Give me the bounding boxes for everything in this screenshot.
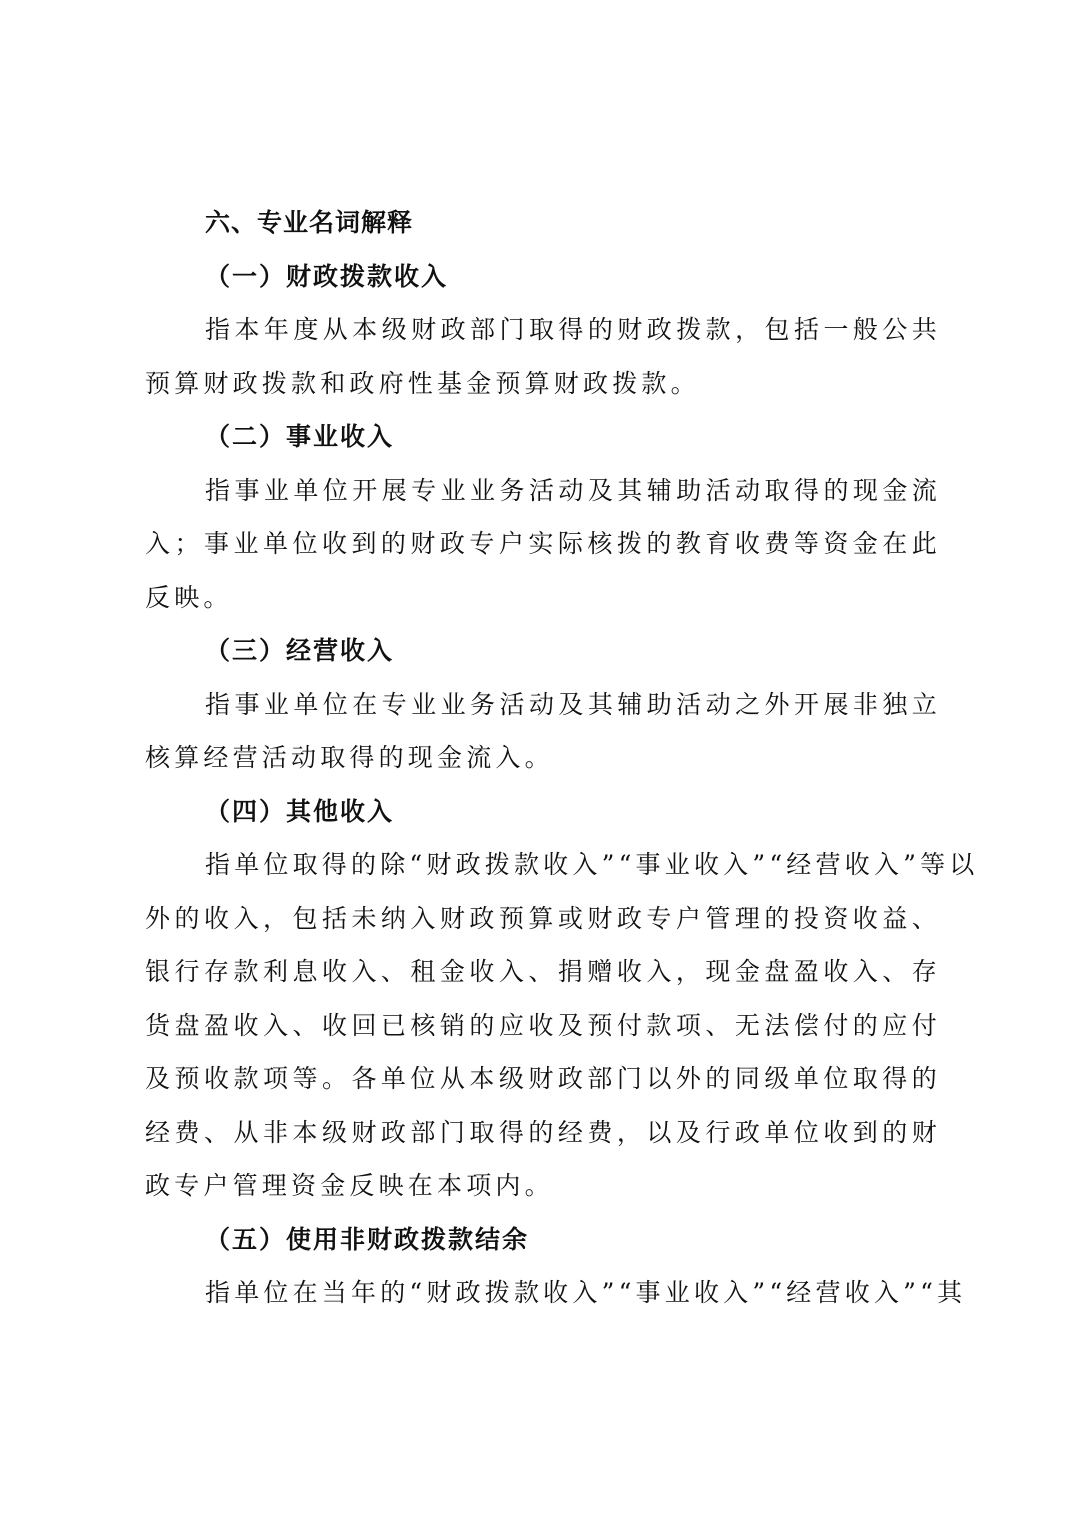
paragraph-line: 入；事业单位收到的财政专户实际核拨的教育收费等资金在此 bbox=[145, 517, 941, 571]
paragraph-line: 货盘盈收入、收回已核销的应收及预付款项、无法偿付的应付 bbox=[145, 999, 941, 1053]
paragraph-line: 银行存款利息收入、租金收入、捐赠收入，现金盘盈收入、存 bbox=[145, 945, 941, 999]
paragraph-line: 反映。 bbox=[145, 571, 941, 625]
paragraph-line: 及预收款项等。各单位从本级财政部门以外的同级单位取得的 bbox=[145, 1052, 941, 1106]
paragraph-line: 指本年度从本级财政部门取得的财政拨款，包括一般公共 bbox=[145, 303, 941, 357]
paragraph-line: 核算经营活动取得的现金流入。 bbox=[145, 731, 941, 785]
subheading-other-income: （四）其他收入 bbox=[145, 785, 941, 839]
subheading-operating-income: （三）经营收入 bbox=[145, 624, 941, 678]
paragraph-line: 经费、从非本级财政部门取得的经费，以及行政单位收到的财 bbox=[145, 1106, 941, 1160]
paragraph-line: 指事业单位开展专业业务活动及其辅助活动取得的现金流 bbox=[145, 464, 941, 518]
subheading-fiscal-appropriation-income: （一）财政拨款收入 bbox=[145, 250, 941, 304]
paragraph-line: 预算财政拨款和政府性基金预算财政拨款。 bbox=[145, 357, 941, 411]
paragraph-line: 外的收入，包括未纳入财政预算或财政专户管理的投资收益、 bbox=[145, 892, 941, 946]
subheading-non-fiscal-balance-usage: （五）使用非财政拨款结余 bbox=[145, 1213, 941, 1267]
paragraph-line: 指单位取得的除“财政拨款收入”“事业收入”“经营收入”等以 bbox=[145, 838, 941, 892]
paragraph-line: 指单位在当年的“财政拨款收入”“事业收入”“经营收入”“其 bbox=[145, 1266, 941, 1320]
document-page: 六、专业名词解释 （一）财政拨款收入 指本年度从本级财政部门取得的财政拨款，包括… bbox=[145, 196, 941, 1320]
paragraph-line: 指事业单位在专业业务活动及其辅助活动之外开展非独立 bbox=[145, 678, 941, 732]
subheading-business-income: （二）事业收入 bbox=[145, 410, 941, 464]
paragraph-line: 政专户管理资金反映在本项内。 bbox=[145, 1159, 941, 1213]
section-title: 六、专业名词解释 bbox=[145, 196, 941, 250]
